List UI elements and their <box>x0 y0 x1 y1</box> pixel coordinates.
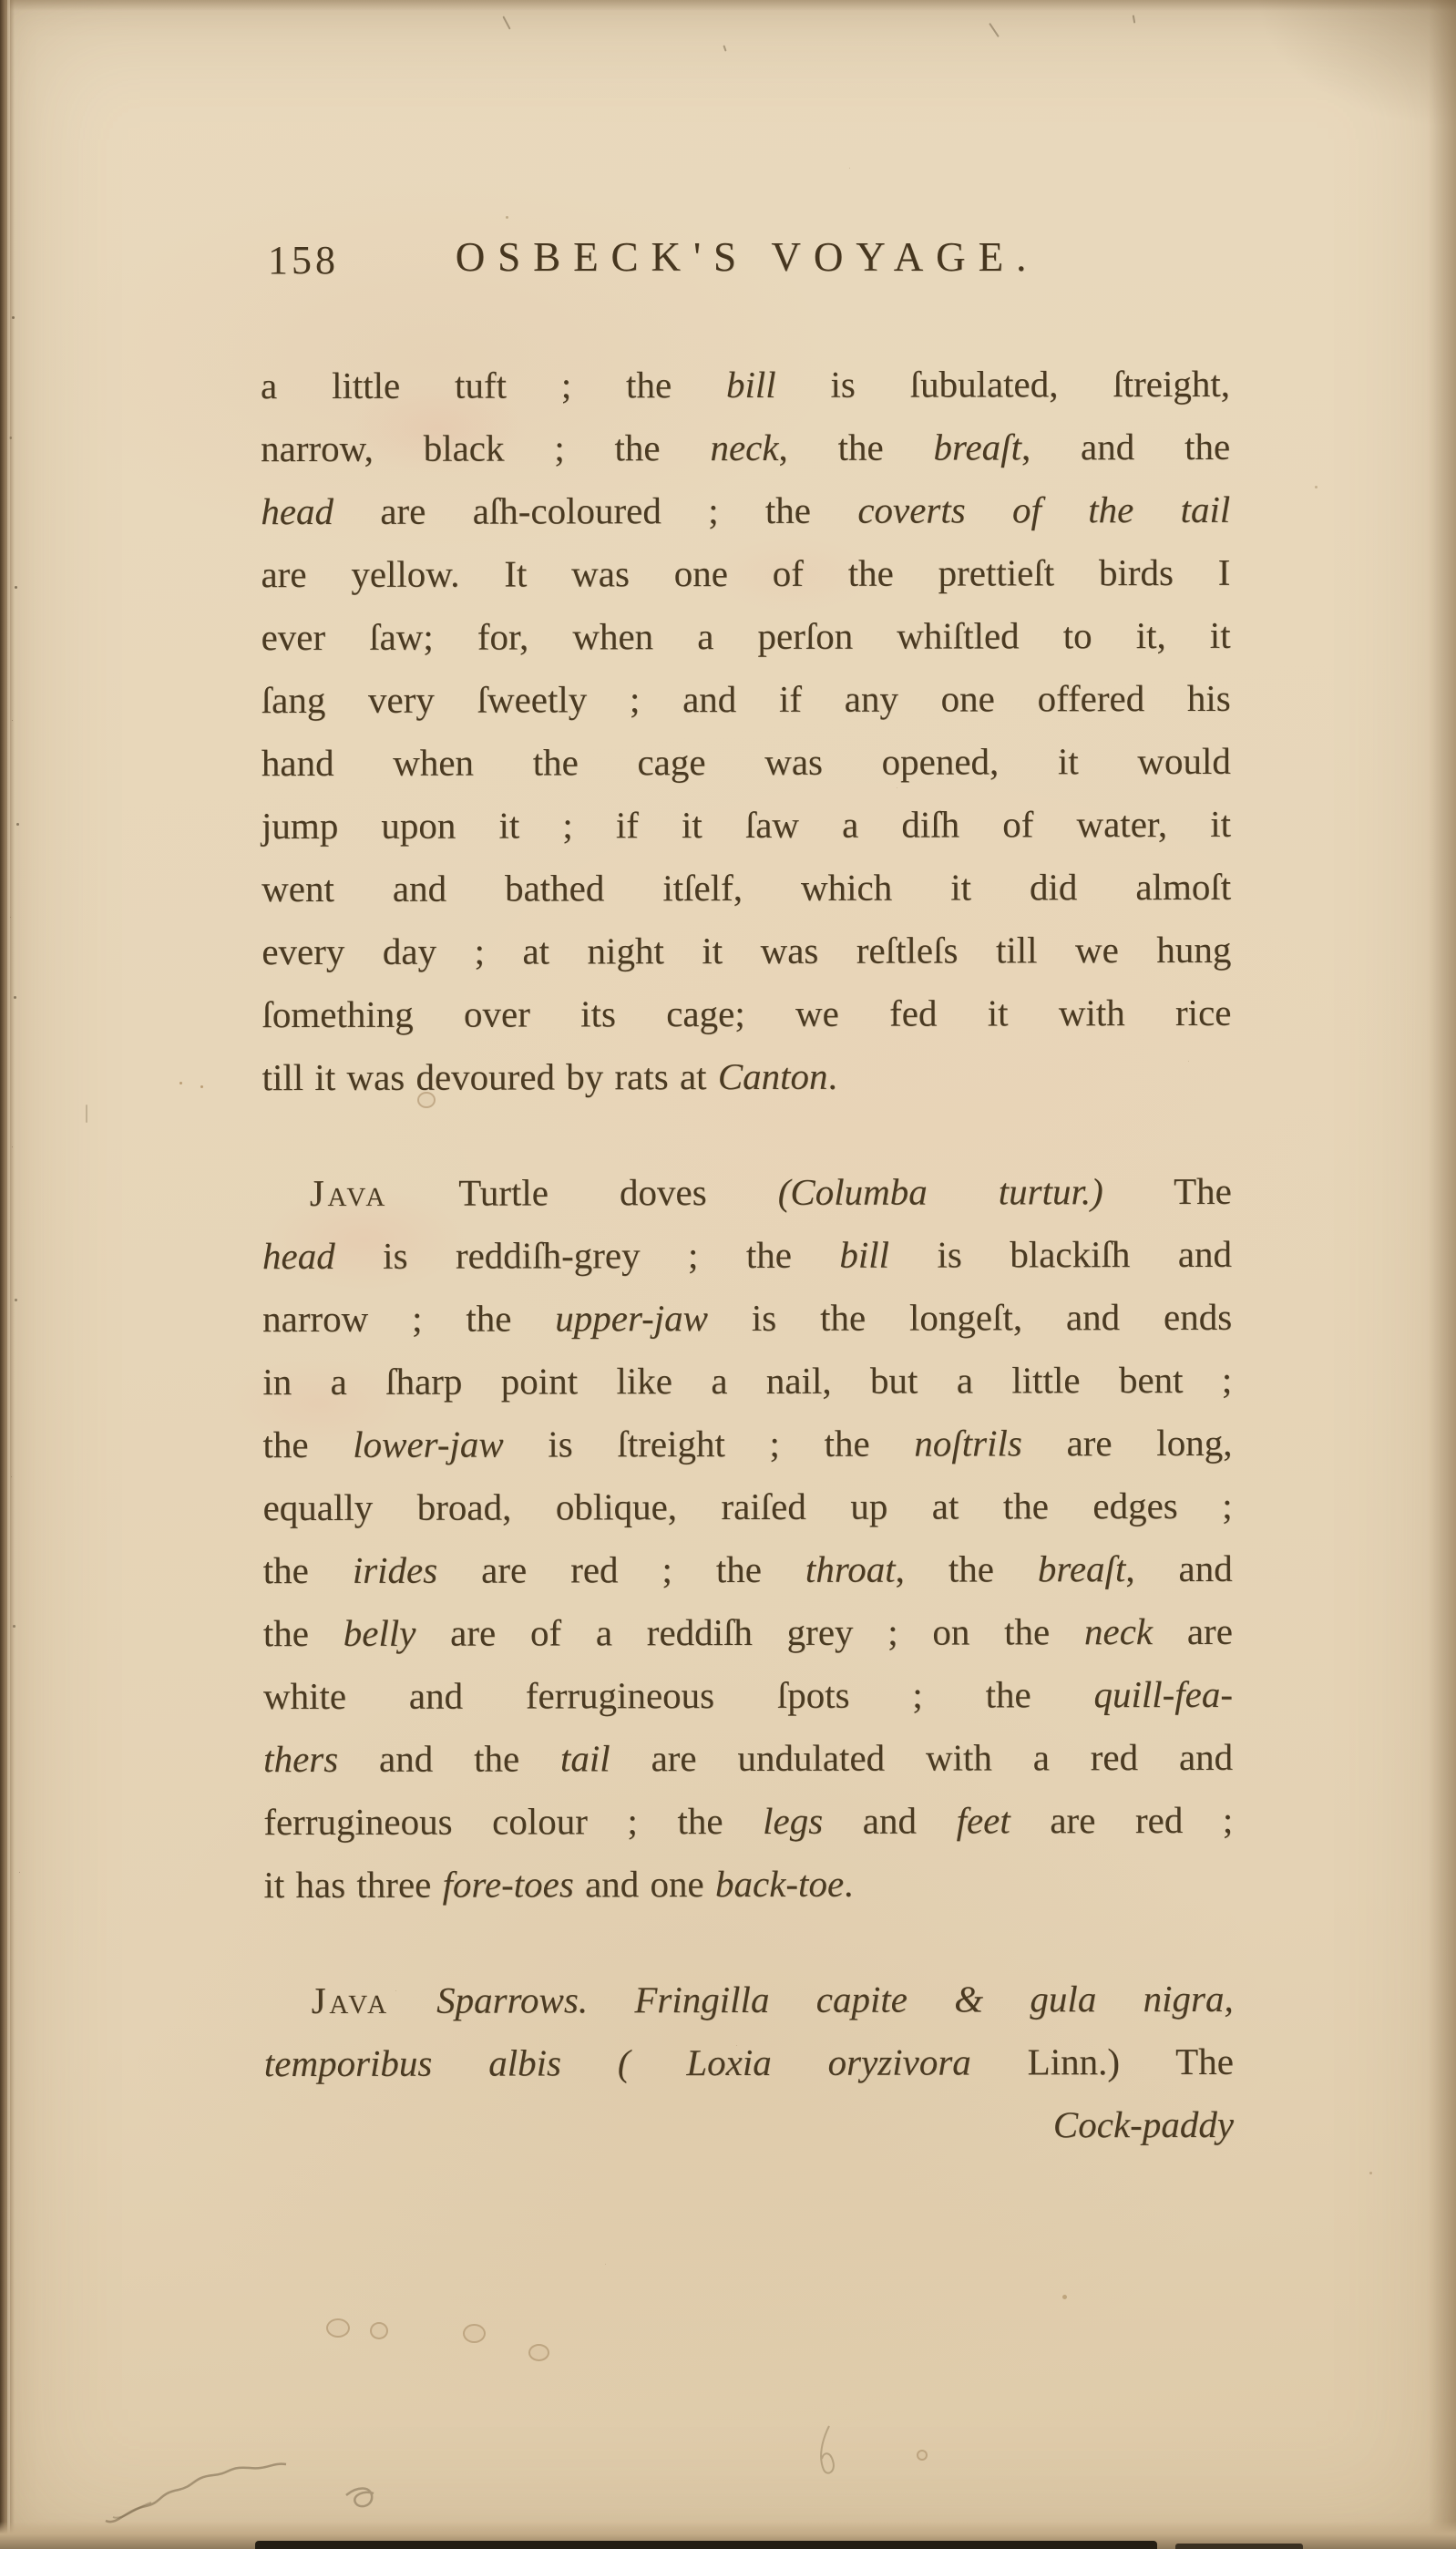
text-segment <box>390 1979 436 2021</box>
smallcaps-text: Java <box>310 1172 388 1214</box>
text-segment: it has three <box>263 1864 442 1906</box>
text-segment: is ſtreight ; the <box>504 1423 915 1465</box>
paragraph: Java Sparrows. Fringilla capite & gula n… <box>264 1968 1234 2158</box>
text-segment: is reddiſh-grey ; the <box>335 1234 840 1277</box>
scan-bottom-shadow <box>255 2541 1157 2549</box>
running-title: OSBECK'S VOYAGE. <box>262 233 1232 281</box>
text-line: white and ferrugineous ſpots ; the quill… <box>263 1663 1233 1728</box>
italic-text: Sparrows. Fringilla capite & gula nigra, <box>436 1978 1234 2021</box>
text-segment: and one <box>574 1863 715 1905</box>
italic-text: Cock-paddy <box>1053 2103 1234 2145</box>
paragraph: Java Turtle doves (Columba turtur.) Theh… <box>262 1160 1234 1917</box>
paragraph: a little tuft ; the bill is ſubulated, ſ… <box>261 353 1232 1109</box>
text-line: are yellow. It was one of the prettieſt … <box>261 541 1230 606</box>
text-segment: The <box>1103 1170 1232 1212</box>
italic-text: coverts of the tail <box>857 488 1230 531</box>
page-edge-bottom <box>0 2522 1456 2549</box>
pencil-squiggle <box>98 2450 399 2541</box>
scan-bottom-shadow <box>1175 2544 1303 2549</box>
text-line: temporibus albis ( Loxia oryzivora Linn.… <box>264 2030 1234 2095</box>
text-segment: are red ; <box>1010 1799 1234 1842</box>
italic-text: head <box>262 1235 335 1277</box>
pen-tick <box>989 23 1000 37</box>
text-line: jump upon it ; if it ſaw a diſh of water… <box>261 793 1231 858</box>
text-segment: are red ; the <box>437 1548 805 1591</box>
text-segment: the <box>263 1612 343 1654</box>
text-segment: is blackiſh and <box>889 1233 1232 1276</box>
text-segment: and <box>823 1800 956 1842</box>
text-segment: is ſubulated, ſtreight, <box>776 363 1230 406</box>
text-segment: equally broad, oblique, raiſed up at the… <box>263 1485 1233 1528</box>
text-segment: Turtle doves <box>388 1171 778 1214</box>
italic-text: neck <box>710 427 778 468</box>
text-segment: are yellow. It was one of the prettieſt … <box>261 551 1230 595</box>
text-segment: in a ſharp point like a nail, but a litt… <box>262 1359 1232 1403</box>
text-segment: are of a reddiſh grey ; on the <box>415 1610 1084 1654</box>
italic-text: fore-toes <box>443 1863 574 1905</box>
italic-text: (Columba turtur.) <box>778 1170 1103 1213</box>
italic-text: breaſt <box>933 426 1021 468</box>
text-segment: a little tuft ; the <box>261 364 726 406</box>
paper-stain <box>370 2322 388 2339</box>
page-header: 158 OSBECK'S VOYAGE. <box>262 233 1232 290</box>
text-segment: ever ſaw; for, when a perſon whiſtled to… <box>261 614 1231 658</box>
text-segment: are undulated with a red and <box>610 1736 1234 1779</box>
page-body: a little tuft ; the bill is ſubulated, ſ… <box>261 353 1234 2158</box>
text-line: head are aſh-coloured ; the coverts of t… <box>261 478 1230 543</box>
paper-stain <box>463 2324 486 2343</box>
text-segment: the <box>263 1549 353 1591</box>
text-segment: every day ; at night it was reſtleſs til… <box>261 929 1231 972</box>
italic-text: thers <box>263 1738 338 1780</box>
text-line: in a ſharp point like a nail, but a litt… <box>262 1349 1232 1413</box>
pen-tick <box>1133 15 1136 23</box>
text-line: equally broad, oblique, raiſed up at the… <box>263 1475 1233 1539</box>
italic-text: feet <box>956 1799 1010 1841</box>
italic-text: belly <box>343 1612 416 1654</box>
text-line: thers and the tail are undulated with a … <box>263 1726 1233 1791</box>
text-line: ferrugineous colour ; the legs and feet … <box>263 1789 1233 1854</box>
paper-specks <box>0 0 5 5</box>
text-line: went and bathed itſelf, which it did alm… <box>261 856 1231 920</box>
text-segment: narrow, black ; the <box>261 427 710 469</box>
text-line: the lower-jaw is ſtreight ; the noſtrils… <box>262 1412 1232 1476</box>
italic-text: neck <box>1084 1610 1153 1652</box>
italic-text: lower-jaw <box>353 1424 504 1465</box>
italic-text: throat <box>805 1548 896 1590</box>
text-line: narrow, black ; the neck, the breaſt, an… <box>261 416 1230 480</box>
page-number: 158 <box>268 237 339 283</box>
text-line: ſomething over its cage; we fed it with … <box>261 982 1231 1046</box>
italic-text: back-toe <box>715 1863 844 1905</box>
paper-stain <box>326 2318 350 2338</box>
text-segment: . <box>844 1863 853 1905</box>
text-line: narrow ; the upper-jaw is the longeſt, a… <box>262 1286 1232 1351</box>
pen-tick <box>86 1105 87 1123</box>
text-line: till it was devoured by rats at Canton. <box>262 1044 1232 1109</box>
text-line: hand when the cage was opened, it would <box>261 730 1231 795</box>
page-edge-left <box>0 0 15 2549</box>
italic-text: upper-jaw <box>555 1297 708 1339</box>
italic-text: bill <box>839 1234 889 1276</box>
text-line: the irides are red ; the throat, the bre… <box>263 1537 1233 1602</box>
corner-shadow <box>1256 0 1456 128</box>
text-line: ever ſaw; for, when a perſon whiſtled to… <box>261 604 1231 669</box>
text-segment: ſomething over its cage; we fed it with … <box>261 992 1231 1035</box>
text-line: a little tuft ; the bill is ſubulated, ſ… <box>261 353 1230 417</box>
text-segment: , the <box>778 427 933 468</box>
text-segment: . <box>827 1055 836 1097</box>
page-edge-right <box>1429 0 1456 2549</box>
text-segment: till it was devoured by rats at <box>262 1055 718 1098</box>
italic-text: noſtrils <box>914 1422 1022 1464</box>
text-segment: white and ferrugineous ſpots ; the <box>263 1673 1094 1717</box>
italic-text: irides <box>353 1549 438 1591</box>
text-segment: , and the <box>1021 426 1230 468</box>
text-segment: ferrugineous colour ; the <box>263 1800 763 1843</box>
italic-text: temporibus albis ( Loxia oryzivora <box>264 2040 1028 2084</box>
text-line: head is reddiſh-grey ; the bill is black… <box>262 1223 1232 1288</box>
text-segment: jump upon it ; if it ſaw a diſh of water… <box>261 803 1231 847</box>
italic-text: breaſt <box>1038 1547 1126 1589</box>
text-line: every day ; at night it was reſtleſs til… <box>261 919 1231 983</box>
text-segment: are long, <box>1022 1422 1233 1464</box>
paper-stain <box>528 2344 549 2361</box>
text-line: the belly are of a reddiſh grey ; on the… <box>263 1600 1233 1665</box>
italic-text: quill-fea- <box>1093 1673 1233 1715</box>
italic-text: bill <box>726 364 776 406</box>
text-segment: are <box>1153 1610 1233 1652</box>
text-line: Cock-paddy <box>264 2093 1234 2158</box>
text-segment: , the <box>896 1547 1038 1589</box>
italic-text: legs <box>763 1800 823 1842</box>
text-line: Java Turtle doves (Columba turtur.) The <box>262 1160 1232 1225</box>
text-segment: is the longeſt, and ends <box>708 1296 1232 1339</box>
text-segment: ſang very ſweetly ; and if any one offer… <box>261 677 1231 721</box>
page-edge-highlight <box>7 0 10 2549</box>
text-segment: are aſh-coloured ; the <box>333 489 857 532</box>
text-segment: and the <box>338 1737 560 1780</box>
italic-text: Canton <box>718 1055 828 1097</box>
text-line: ſang very ſweetly ; and if any one offer… <box>261 667 1231 732</box>
text-line: Java Sparrows. Fringilla capite & gula n… <box>264 1968 1234 2032</box>
text-line: it has three fore-toes and one back-toe. <box>263 1852 1233 1917</box>
text-segment: hand when the cage was opened, it would <box>261 740 1231 784</box>
text-segment: went and bathed itſelf, which it did alm… <box>261 866 1231 910</box>
pen-tick <box>723 45 726 51</box>
text-segment: , and <box>1125 1547 1233 1589</box>
text-segment: the <box>262 1424 353 1465</box>
text-segment: Linn.) The <box>1028 2040 1234 2082</box>
pencil-loop <box>809 2424 846 2479</box>
italic-text: head <box>261 490 333 532</box>
text-segment: narrow ; the <box>262 1297 555 1340</box>
italic-text: tail <box>560 1737 610 1779</box>
book-page-scan: 158 OSBECK'S VOYAGE. a little tuft ; the… <box>0 0 1456 2549</box>
smallcaps-text: Java <box>312 1979 390 2021</box>
page-edge-top <box>0 0 1456 11</box>
pen-tick <box>502 15 510 29</box>
paper-stain <box>917 2450 928 2461</box>
